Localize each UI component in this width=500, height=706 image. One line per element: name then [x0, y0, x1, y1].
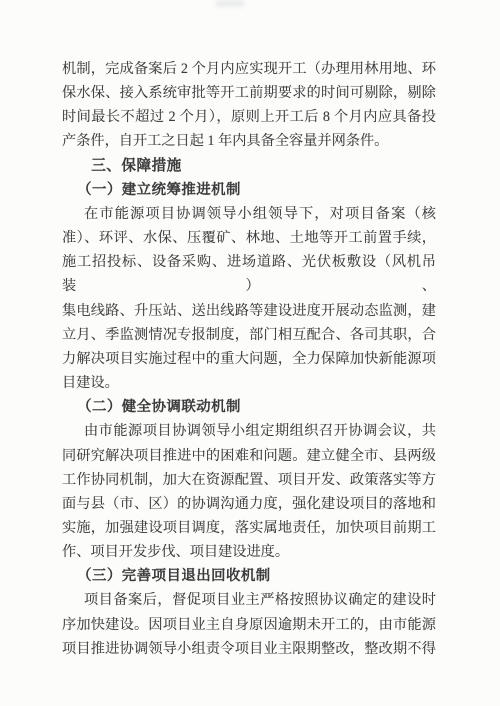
- document-content: 机制，完成备案后 2 个月内应实现开工（办理用林用地、环保水保、接入系统审批等开…: [62, 57, 436, 661]
- document-page: 机制，完成备案后 2 个月内应实现开工（办理用林用地、环保水保、接入系统审批等开…: [0, 0, 500, 706]
- text-line: 时间最长不超过 2 个月），原则上开工后 8 个月内应具备投: [62, 105, 436, 129]
- text-line: 力解决项目实施过程中的重大问题，全力保障加快新能源项: [62, 347, 436, 371]
- text-line: 由市能源项目协调领导小组定期组织召开协调会议，共: [62, 419, 436, 443]
- text-line: 保水保、接入系统审批等开工前期要求的时间可剔除，剔除: [62, 81, 436, 105]
- text-line: 实施，加强建设项目调度，落实属地责任，加快项目前期工: [62, 516, 436, 540]
- text-line: 项目推进协调领导小组责令项目业主限期整改，整改期不得: [62, 637, 436, 661]
- text-line: 集电线路、升压站、送出线路等建设进度开展动态监测，建: [62, 299, 436, 323]
- text-line: 项目备案后，督促项目业主严格按照协议确定的建设时: [62, 588, 436, 612]
- scan-artifact-smudge: [216, 0, 244, 7]
- text-line: 立月、季监测情况专报制度，部门相互配合、各司其职，合: [62, 323, 436, 347]
- subsection-heading: （二）健全协调联动机制: [62, 395, 436, 419]
- section-heading: 三、保障措施: [62, 154, 436, 178]
- text-line: 产条件，自开工之日起 1 年内具备全容量并网条件。: [62, 129, 436, 153]
- text-line: 准）、环评、水保、压覆矿、林地、土地等开工前置手续，: [62, 226, 436, 250]
- text-line: 面与县（市、区）的协调沟通力度，强化建设项目的落地和: [62, 492, 436, 516]
- subsection-heading: （一）建立统筹推进机制: [62, 178, 436, 202]
- text-line: 同研究解决项目推进中的困难和问题。建立健全市、县两级: [62, 444, 436, 468]
- text-line: 工作协同机制，加大在资源配置、项目开发、政策落实等方: [62, 468, 436, 492]
- subsection-heading: （三）完善项目退出回收机制: [62, 564, 436, 588]
- text-line: 目建设。: [62, 371, 436, 395]
- text-line: 施工招投标、设备采购、进场道路、光伏板敷设（风机吊装）、: [62, 250, 436, 298]
- text-line: 作、项目开发步伐、项目建设进度。: [62, 540, 436, 564]
- text-line: 序加快建设。因项目业主自身原因逾期未开工的，由市能源: [62, 613, 436, 637]
- text-line: 在市能源项目协调领导小组领导下，对项目备案（核: [62, 202, 436, 226]
- text-line: 机制，完成备案后 2 个月内应实现开工（办理用林用地、环: [62, 57, 436, 81]
